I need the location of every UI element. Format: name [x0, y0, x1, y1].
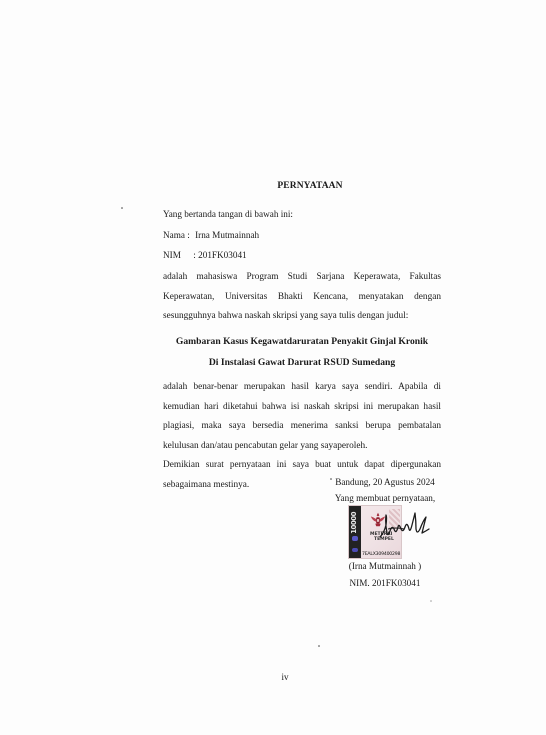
- paragraph-declaration: adalah benar-benar merupakan hasil karya…: [163, 378, 441, 456]
- stamp-value: 10000: [350, 512, 358, 534]
- scan-speck: [318, 645, 320, 647]
- paragraph-line: sesungguhnya bahwa naskah skripsi yang s…: [163, 307, 441, 327]
- name-value: Irna Mutmainnah: [195, 230, 259, 240]
- name-label: Nama :: [163, 230, 190, 240]
- page-number: iv: [0, 672, 546, 682]
- nim-value: : 201FK03041: [193, 250, 246, 260]
- nim-label: NIM: [163, 250, 185, 260]
- paragraph-line: adalah benar-benar merupakan hasil karya…: [163, 378, 441, 398]
- hologram-icon: [352, 536, 358, 541]
- intro-text: Yang bertanda tangan di bawah ini:: [163, 209, 293, 219]
- scan-speck: [121, 207, 123, 209]
- paragraph-line: adalah mahasiswa Program Studi Sarjana K…: [163, 268, 441, 288]
- hologram-icon: [352, 548, 358, 552]
- paragraph-line: kemudian hari diketahui bahwa isi naskah…: [163, 398, 441, 418]
- paragraph-line: kelulusan dan/atau pencabutan gelar yang…: [163, 437, 441, 457]
- paragraph-closing: Demikian surat pernyataan ini saya buat …: [163, 456, 441, 495]
- document-page: PERNYATAAN Yang bertanda tangan di bawah…: [0, 0, 546, 735]
- paragraph-line: Keperawatan, Universitas Bhakti Kencana,…: [163, 288, 441, 308]
- scan-speck: [430, 600, 432, 602]
- thesis-title-line: Di Instalasi Gawat Darurat RSUD Sumedang: [163, 352, 441, 373]
- paragraph-line: plagiasi, maka saya bersedia menerima sa…: [163, 417, 441, 437]
- signer-name: (Irna Mutmainnah ): [320, 561, 450, 571]
- thesis-title: Gambaran Kasus Kegawatdaruratan Penyakit…: [163, 331, 441, 373]
- thesis-title-line: Gambaran Kasus Kegawatdaruratan Penyakit…: [153, 331, 451, 352]
- scan-speck: [330, 478, 332, 480]
- stamp-serial: 7EALX309400298: [362, 552, 400, 557]
- stamp-bar: 10000: [349, 506, 361, 558]
- document-title: PERNYATAAN: [0, 181, 546, 191]
- name-row: Nama : Irna Mutmainnah: [163, 230, 259, 240]
- paragraph-statement: adalah mahasiswa Program Studi Sarjana K…: [163, 268, 441, 327]
- maker-label: Yang membuat pernyataan,: [320, 493, 450, 503]
- paragraph-line: Demikian surat pernyataan ini saya buat …: [163, 456, 441, 476]
- nim-row: NIM : 201FK03041: [163, 250, 247, 260]
- signer-nim: NIM. 201FK03041: [320, 578, 450, 588]
- place-date: Bandung, 20 Agustus 2024: [320, 477, 450, 487]
- handwritten-signature: [374, 507, 430, 547]
- signature-area: 10000 METERAI TEMPEL 7EALX309400298: [346, 503, 426, 559]
